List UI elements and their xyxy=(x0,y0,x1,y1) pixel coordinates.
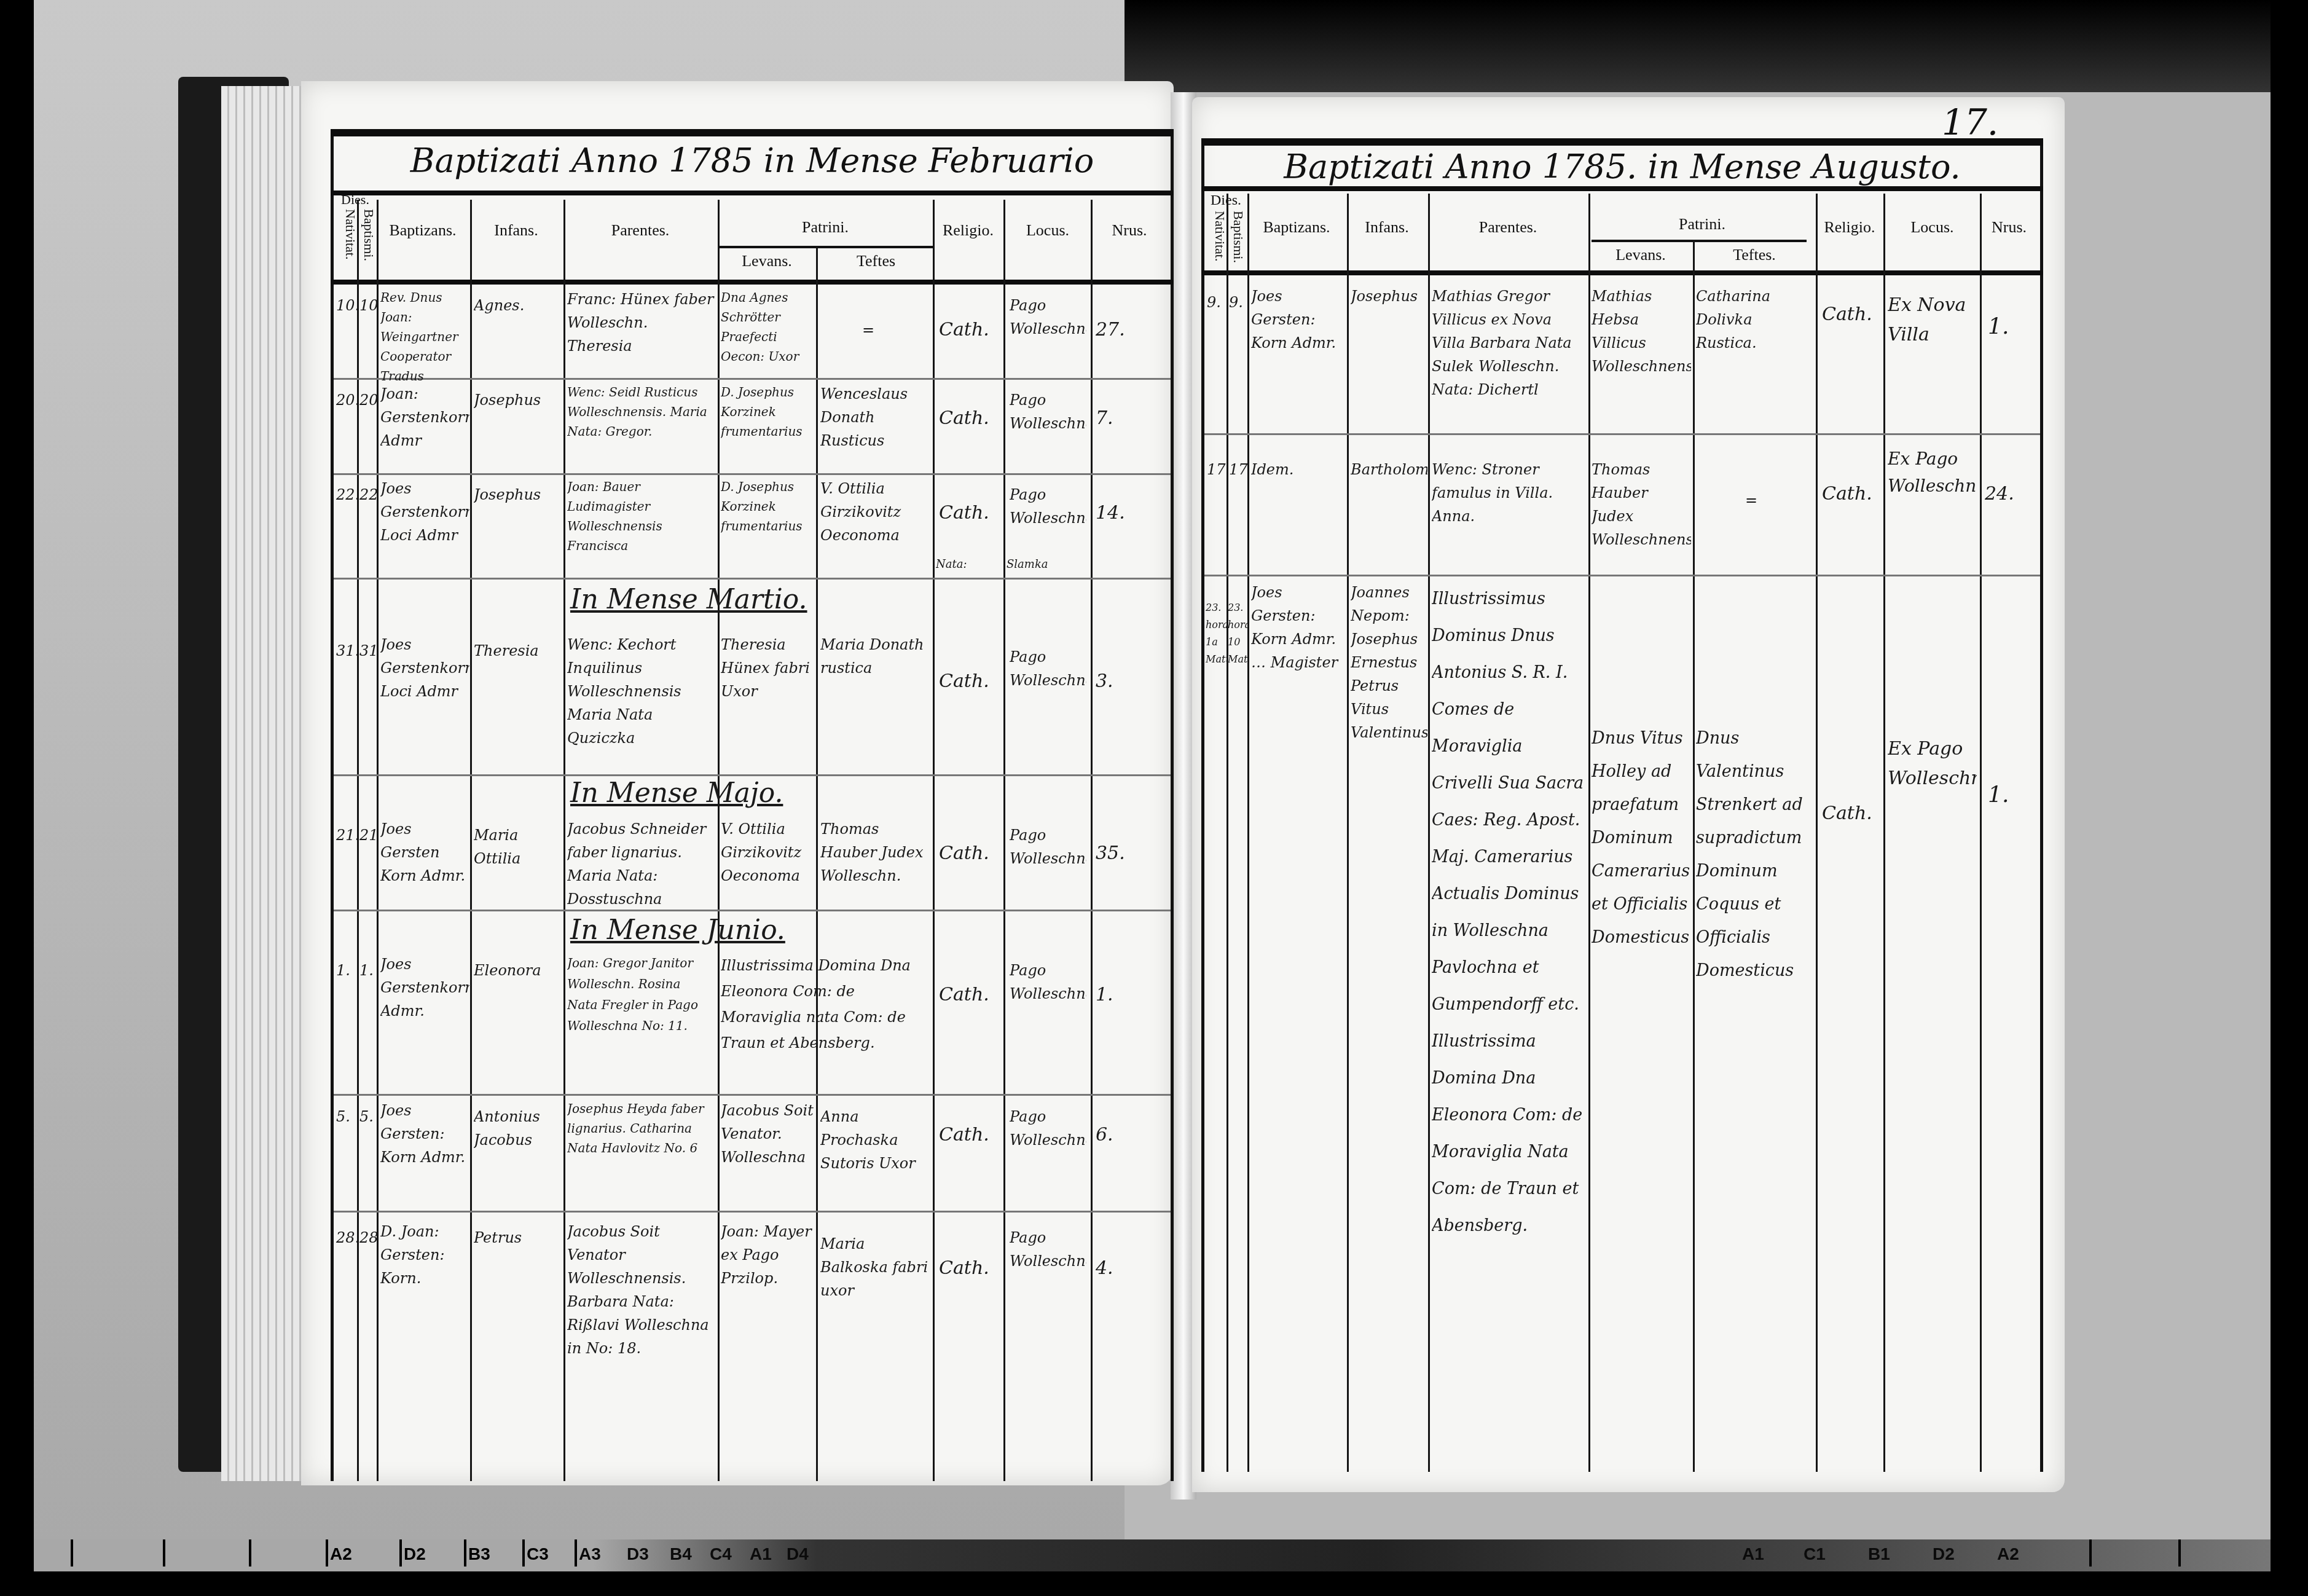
header-testes: Teftes. xyxy=(1696,246,1813,264)
month-heading-majo: In Mense Majo. xyxy=(570,777,783,809)
entry-religio: Cath. xyxy=(1822,482,1883,506)
left-entry-1: 10. 10. Rev. Dnus Joan: Weingartner Coop… xyxy=(334,288,1171,377)
entry-baptismi: 5. xyxy=(359,1105,378,1128)
entry-nativitat: 10. xyxy=(336,294,357,317)
entry-levans: Illustrissima Domina Dna Eleonora Com: d… xyxy=(721,953,930,1056)
header-patrini: Patrini. xyxy=(718,218,933,237)
entry-parentes-text: Wenc: Stroner famulus in Villa. Anna. xyxy=(1432,458,1585,528)
header-baptismi: Baptismi. xyxy=(1230,211,1246,263)
entry-religio: Cath. xyxy=(939,318,1000,342)
header-patrini: Patrini. xyxy=(1588,215,1816,234)
ruler-label: A2 xyxy=(330,1544,352,1564)
header-religio: Religio. xyxy=(933,221,1003,240)
header-locus: Locus. xyxy=(1885,218,1980,237)
entry-locus: Pago Wolleschno xyxy=(1010,483,1086,530)
ruler-label: C3 xyxy=(527,1544,549,1564)
header-dies: Dies. xyxy=(1204,192,1247,209)
entry-nrus: 3. xyxy=(1096,670,1163,693)
header-infans: Infans. xyxy=(1347,218,1427,237)
ruler-label: B4 xyxy=(670,1544,692,1564)
entry-religio: Cath. xyxy=(1822,303,1883,326)
ruler-label: C1 xyxy=(1804,1544,1826,1564)
entry-parentes-text: Wenc: Seidl Rusticus Wolleschnensis. Mar… xyxy=(567,382,715,441)
header-parentes: Parentes. xyxy=(1428,218,1588,237)
left-entry-2: 20. 20. Joan: Gerstenkorn Admr Josephus … xyxy=(334,382,1171,471)
entry-levans: D. Josephus Korzinek frumentarius xyxy=(721,382,814,441)
entry-levans: Joan: Mayer ex Pago Przilop. xyxy=(721,1220,814,1290)
entry-testes: Catharina Dolivka Rustica. xyxy=(1696,285,1814,355)
entry-infans: Maria Ottilia xyxy=(474,824,563,870)
entry-infans: Bartholomaeus xyxy=(1351,458,1427,481)
entry-infans: Eleonora xyxy=(474,959,563,982)
header-baptizans: Baptizans. xyxy=(377,221,469,240)
entry-nativitat: 22. xyxy=(336,483,357,506)
ruler-label: A1 xyxy=(750,1544,772,1564)
entry-locus: Pago Wolleschno xyxy=(1010,294,1086,340)
ruler-label: C4 xyxy=(710,1544,732,1564)
entry-locus: Pago Wolleschno xyxy=(1010,824,1086,870)
entry-baptizans: Joes Gersten Korn Admr. xyxy=(380,817,469,887)
entry-nrus: 6. xyxy=(1096,1123,1163,1147)
entry-testes: = xyxy=(1745,489,1807,512)
entry-baptismi: 1. xyxy=(359,959,378,982)
right-page-number: 17. xyxy=(1942,101,1998,143)
entry-nrus: 4. xyxy=(1096,1257,1163,1280)
scan-top-shadow xyxy=(1125,0,2271,92)
entry-infans: Theresia xyxy=(474,639,563,662)
entry-baptismi: 9. xyxy=(1229,291,1247,314)
entry-religio: Cath. xyxy=(939,1123,1000,1147)
right-page-title: Baptizati Anno 1785. in Mense Augusto. xyxy=(1204,147,2040,186)
entry-nrus: 14. xyxy=(1096,501,1163,525)
entry-locus: Ex Nova Villa xyxy=(1888,291,1977,350)
entry-nativitat: 17. xyxy=(1207,458,1227,481)
entry-testes: Maria Donath rustica xyxy=(820,633,931,680)
entry-baptismi: 31. xyxy=(359,639,378,662)
entry-locus: Pago Wolleschno xyxy=(1010,1105,1086,1152)
entry-religio: Cath. xyxy=(939,983,1000,1007)
entry-infans: Petrus xyxy=(474,1226,563,1249)
entry-nrus: 35. xyxy=(1096,842,1163,865)
entry-parentes-text: Jacobus Schneider faber lignarius. Maria… xyxy=(567,817,715,911)
entry-parentes-text: Wenc: Kechort Inquilinus Wolleschnensis … xyxy=(567,633,715,750)
header-dies: Dies. xyxy=(334,192,377,208)
entry-locus: Pago Wolleschno xyxy=(1010,1226,1086,1273)
entry-infans: Josephus xyxy=(474,483,563,506)
entry-nativitat: 1. xyxy=(336,959,357,982)
header-parentes: Parentes. xyxy=(563,221,717,240)
page-edges xyxy=(221,86,307,1481)
month-heading-martio: In Mense Martio. xyxy=(570,584,807,615)
entry-levans: D. Josephus Korzinek frumentarius xyxy=(721,477,814,536)
entry-baptismi: 10. xyxy=(359,294,378,317)
left-entry-6: 1. 1. Joes Gerstenkorn Admr. Eleonora Jo… xyxy=(334,953,1171,1091)
month-heading-junio: In Mense Junio. xyxy=(570,914,785,946)
header-locus: Locus. xyxy=(1005,221,1091,240)
entry-testes: Dnus Valentinus Strenkert ad supradictum… xyxy=(1696,722,1814,988)
entry-baptizans: Joes Gerstenkorn Loci Admr xyxy=(380,633,469,703)
entry-religio: Cath. xyxy=(939,501,1000,525)
entry-levans: Dna Agnes Schrötter Praefecti Oecon: Uxo… xyxy=(721,288,814,366)
entry-nrus: 1. xyxy=(1096,983,1163,1007)
entry-baptismi: 17. xyxy=(1229,458,1247,481)
entry-religio: Cath. xyxy=(1822,802,1883,825)
right-entry-3: 23. hora 1a Matutina 23. hora 10 Matutin… xyxy=(1204,581,2040,1466)
entry-testes: Maria Balkoska fabri uxor xyxy=(820,1232,931,1302)
entry-baptizans: Idem. xyxy=(1251,458,1346,481)
entry-religio: Cath. xyxy=(939,1257,1000,1280)
scan-border-right xyxy=(2271,0,2308,1596)
right-ledger: Baptizati Anno 1785. in Mense Augusto. D… xyxy=(1201,138,2043,1472)
entry-religio: Cath. xyxy=(939,407,1000,430)
entry-infans: Josephus xyxy=(1351,285,1427,308)
entry-baptizans: Joes Gersten: Korn Admr. … Magister xyxy=(1251,581,1346,674)
entry-religio: Cath. xyxy=(939,842,1000,865)
entry-nativitat: 5. xyxy=(336,1105,357,1128)
entry-levans: Theresia Hünex fabri Uxor xyxy=(721,633,814,703)
entry-nrus: 24. xyxy=(1985,482,2037,506)
header-levans: Levans. xyxy=(1588,246,1693,264)
entry-nrus: 1. xyxy=(1988,784,2037,807)
ruler-label: A2 xyxy=(1997,1544,2019,1564)
header-nativitat: Nativitat. xyxy=(342,209,358,259)
entry-footnote-religio: Nata: xyxy=(936,553,1003,576)
header-nrus: Nrus. xyxy=(1093,221,1166,240)
entry-nativitat: 31. xyxy=(336,639,357,662)
entry-parentes-text: Joan: Bauer Ludimagister Wolleschnensis … xyxy=(567,477,715,556)
entry-baptismi: 22. xyxy=(359,483,378,506)
entry-baptizans: Rev. Dnus Joan: Weingartner Cooperator T… xyxy=(380,288,469,386)
entry-parentes-text: Mathias Gregor Villicus ex Nova Villa Ba… xyxy=(1432,285,1585,401)
left-entry-3: 22. 22. Joes Gerstenkorn Loci Admr Josep… xyxy=(334,477,1171,575)
ruler-label: D4 xyxy=(787,1544,809,1564)
left-entry-8: 28. 28. D. Joan: Gersten: Korn. Petrus J… xyxy=(334,1220,1171,1423)
header-levans: Levans. xyxy=(718,252,816,270)
header-testes: Teftes xyxy=(819,252,933,270)
entry-nativitat: 21. xyxy=(336,824,357,847)
entry-religio: Cath. xyxy=(939,670,1000,693)
entry-levans: Dnus Vitus Holley ad praefatum Dominum C… xyxy=(1592,722,1691,954)
entry-nativitat: 28. xyxy=(336,1226,357,1249)
ruler-label: D3 xyxy=(627,1544,649,1564)
entry-infans: Josephus xyxy=(474,388,563,412)
header-baptizans: Baptizans. xyxy=(1247,218,1346,237)
entry-testes: V. Ottilia Girzikovitz Oeconoma xyxy=(820,477,931,547)
entry-nativitat: 9. xyxy=(1207,291,1227,314)
entry-baptizans: Joes Gerstenkorn Admr. xyxy=(380,953,469,1023)
right-entry-2: 17. 17. Idem. Bartholomaeus Wenc: Strone… xyxy=(1204,439,2040,572)
entry-baptizans: D. Joan: Gersten: Korn. xyxy=(380,1220,469,1290)
ruler-label: A1 xyxy=(1742,1544,1764,1564)
entry-levans: Jacobus Soit Venator. Wolleschna xyxy=(721,1099,814,1169)
entry-baptismi: 21. xyxy=(359,824,378,847)
entry-parentes-text: Illustrissimus Dominus Dnus Antonius S. … xyxy=(1432,581,1585,1244)
entry-testes: Thomas Hauber Judex Wolleschn. xyxy=(820,817,931,887)
entry-parentes-text: Josephus Heyda faber lignarius. Catharin… xyxy=(567,1099,715,1158)
entry-nrus: 27. xyxy=(1096,318,1163,342)
entry-locus: Ex Pago Wolleschno xyxy=(1888,446,1977,500)
entry-nrus: 1. xyxy=(1988,315,2037,339)
entry-footnote-locus: Slamka xyxy=(1007,553,1086,576)
entry-baptizans: Joan: Gerstenkorn Admr xyxy=(380,382,469,452)
entry-infans: Joannes Nepom: Josephus Ernestus Petrus … xyxy=(1351,581,1427,744)
entry-nativitat: 20. xyxy=(336,388,357,412)
header-religio: Religio. xyxy=(1816,218,1883,237)
entry-levans: Thomas Hauber Judex Wolleschnensis xyxy=(1592,458,1691,551)
ruler-label: B1 xyxy=(1868,1544,1890,1564)
left-page-title: Baptizati Anno 1785 in Mense Februario xyxy=(334,141,1171,180)
entry-infans: Agnes. xyxy=(474,294,563,317)
entry-testes: Wenceslaus Donath Rusticus xyxy=(820,382,931,452)
entry-parentes-text: Franc: Hünex faber Wolleschn. Theresia xyxy=(567,288,715,358)
scan-border-bottom xyxy=(0,1570,2308,1596)
entry-baptizans: Joes Gersten: Korn Admr. xyxy=(380,1099,469,1169)
left-entry-7: 5. 5. Joes Gersten: Korn Admr. Antonius … xyxy=(334,1099,1171,1209)
film-ruler: A2 D2 B3 C3 A3 D3 B4 C4 A1 D4 A1 C1 B1 D… xyxy=(34,1539,2271,1571)
entry-levans: V. Ottilia Girzikovitz Oeconoma xyxy=(721,817,814,887)
header-infans: Infans. xyxy=(470,221,562,240)
entry-baptizans: Joes Gersten: Korn Admr. xyxy=(1251,285,1346,355)
entry-infans: Antonius Jacobus xyxy=(474,1105,563,1152)
scan-border-left xyxy=(0,0,34,1596)
entry-parentes-text: Jacobus Soit Venator Wolleschnensis. Bar… xyxy=(567,1220,715,1360)
left-ledger: Baptizati Anno 1785 in Mense Februario D… xyxy=(331,129,1174,1481)
left-entry-5: 21. 21. Joes Gersten Korn Admr. Maria Ot… xyxy=(334,817,1171,906)
entry-locus: Pago Wolleschno xyxy=(1010,959,1086,1005)
entry-locus: Pago Wolleschno xyxy=(1010,645,1086,692)
entry-parentes-text: Joan: Gregor Janitor Wolleschn. Rosina N… xyxy=(567,953,715,1036)
header-nrus: Nrus. xyxy=(1980,218,2038,237)
entry-baptismi: 20. xyxy=(359,388,378,412)
entry-baptismi: 28. xyxy=(359,1226,378,1249)
ruler-label: D2 xyxy=(404,1544,426,1564)
entry-baptizans: Joes Gerstenkorn Loci Admr xyxy=(380,477,469,547)
entry-locus: Pago Wolleschno xyxy=(1010,388,1086,435)
ruler-label: D2 xyxy=(1933,1544,1955,1564)
ruler-label: A3 xyxy=(579,1544,601,1564)
header-baptismi: Baptismi. xyxy=(361,209,377,261)
ruler-label: B3 xyxy=(468,1544,490,1564)
entry-levans: Mathias Hebsa Villicus Wolleschnensis xyxy=(1592,285,1691,378)
entry-nativitat: 23. hora 1a Matutina xyxy=(1206,599,1227,668)
header-nativitat: Nativitat. xyxy=(1212,211,1228,261)
entry-locus: Ex Pago Wolleschno xyxy=(1888,734,1977,793)
entry-testes: Anna Prochaska Sutoris Uxor xyxy=(820,1105,931,1175)
left-entry-4: 31. 31. Joes Gerstenkorn Loci Admr There… xyxy=(334,621,1171,771)
entry-baptismi: 23. hora 10 Matutina xyxy=(1228,599,1247,668)
right-entry-1: 9. 9. Joes Gersten: Korn Admr. Josephus … xyxy=(1204,278,2040,432)
entry-testes: = xyxy=(862,318,924,342)
entry-nrus: 7. xyxy=(1096,407,1163,430)
